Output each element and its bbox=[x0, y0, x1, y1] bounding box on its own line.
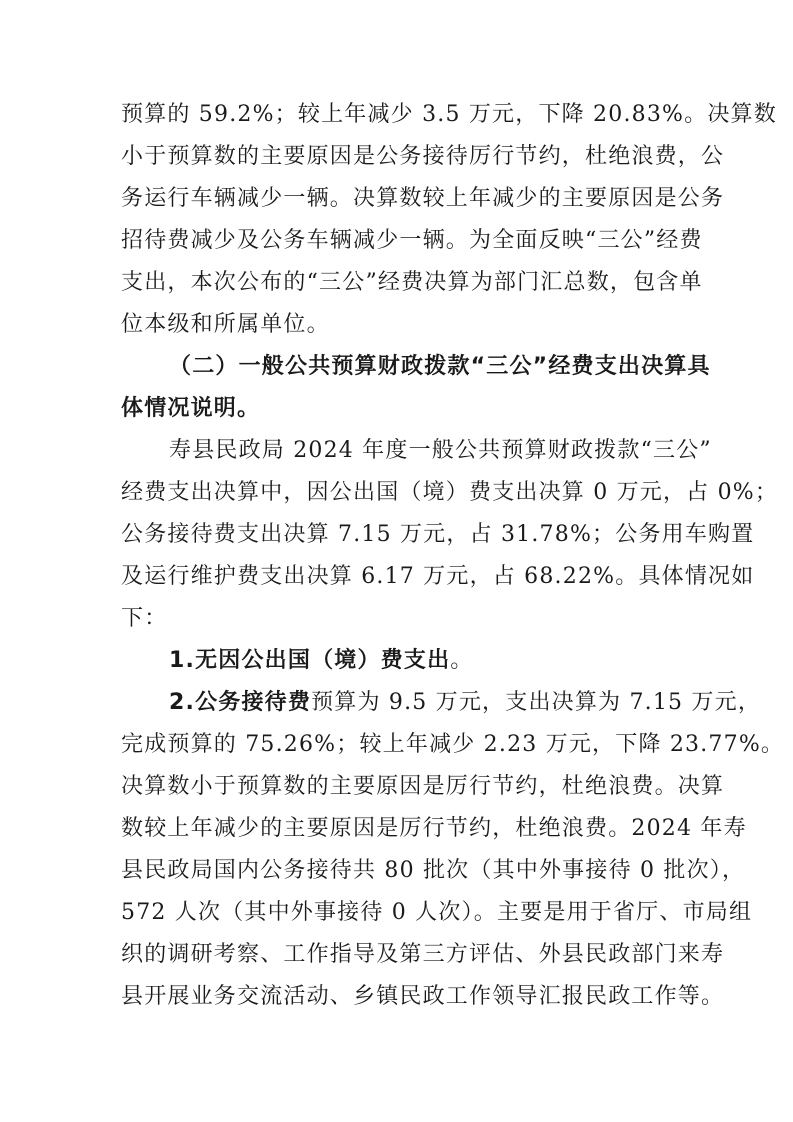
paragraph-three-public-expenses-overview: 预算的 59.2%；较上年减少 3.5 万元，下降 20.83%。决算数 小于预… bbox=[121, 94, 675, 346]
text-line: 县民政局国内公务接待共 80 批次（其中外事接待 0 批次）， bbox=[121, 850, 675, 892]
text-line: 支出，本次公布的“三公”经费决算为部门汇总数，包含单 bbox=[121, 262, 675, 304]
item-punctuation: 。 bbox=[450, 648, 473, 673]
text-line: 572 人次（其中外事接待 0 人次）。主要是用于省厅、市局组 bbox=[121, 892, 675, 934]
document-page: 预算的 59.2%；较上年减少 3.5 万元，下降 20.83%。决算数 小于预… bbox=[121, 94, 675, 1018]
heading-line: （二）一般公共预算财政拨款“三公”经费支出决算具 bbox=[121, 346, 675, 388]
text-line: 下： bbox=[121, 598, 675, 640]
section-heading: （二）一般公共预算财政拨款“三公”经费支出决算具 体情况说明。 bbox=[121, 346, 675, 430]
item-text: 预算为 9.5 万元，支出决算为 7.15 万元， bbox=[311, 690, 761, 715]
text-line: 招待费减少及公务车辆减少一辆。为全面反映“三公”经费 bbox=[121, 220, 675, 262]
item-reception-expense: 2.公务接待费预算为 9.5 万元，支出决算为 7.15 万元， 完成预算的 7… bbox=[121, 682, 675, 1018]
text-line: 小于预算数的主要原因是公务接待厉行节约，杜绝浪费，公 bbox=[121, 136, 675, 178]
text-line: 位本级和所属单位。 bbox=[121, 304, 675, 346]
text-line: 决算数小于预算数的主要原因是厉行节约，杜绝浪费。决算 bbox=[121, 766, 675, 808]
text-line: 公务接待费支出决算 7.15 万元，占 31.78%；公务用车购置 bbox=[121, 514, 675, 556]
text-line: 寿县民政局 2024 年度一般公共预算财政拨款“三公” bbox=[121, 430, 675, 472]
text-line: 县开展业务交流活动、乡镇民政工作领导汇报民政工作等。 bbox=[121, 976, 675, 1018]
text-line: 及运行维护费支出决算 6.17 万元，占 68.22%。具体情况如 bbox=[121, 556, 675, 598]
text-line: 经费支出决算中，因公出国（境）费支出决算 0 万元，占 0%； bbox=[121, 472, 675, 514]
item-no-overseas-expense: 1.无因公出国（境）费支出。 bbox=[121, 640, 675, 682]
item-title: 2.公务接待费 bbox=[169, 690, 311, 715]
paragraph-summary: 寿县民政局 2024 年度一般公共预算财政拨款“三公” 经费支出决算中，因公出国… bbox=[121, 430, 675, 640]
text-line: 完成预算的 75.26%；较上年减少 2.23 万元，下降 23.77%。 bbox=[121, 724, 675, 766]
text-line: 数较上年减少的主要原因是厉行节约，杜绝浪费。2024 年寿 bbox=[121, 808, 675, 850]
text-line: 务运行车辆减少一辆。决算数较上年减少的主要原因是公务 bbox=[121, 178, 675, 220]
text-line: 2.公务接待费预算为 9.5 万元，支出决算为 7.15 万元， bbox=[121, 682, 675, 724]
heading-line: 体情况说明。 bbox=[121, 388, 675, 430]
item-title: 1.无因公出国（境）费支出 bbox=[169, 648, 450, 673]
text-line: 织的调研考察、工作指导及第三方评估、外县民政部门来寿 bbox=[121, 934, 675, 976]
text-line: 预算的 59.2%；较上年减少 3.5 万元，下降 20.83%。决算数 bbox=[121, 94, 675, 136]
